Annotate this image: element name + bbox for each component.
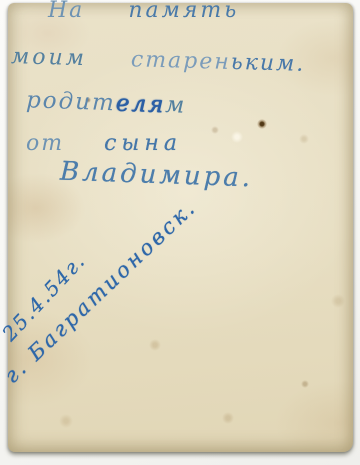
inscription-line-2: моимстареньким. bbox=[11, 45, 306, 77]
inscription-word: сына bbox=[104, 131, 182, 156]
inscription-word: память bbox=[128, 0, 239, 23]
inscription-line-4: отсына bbox=[26, 132, 182, 156]
scanner-background: Напамять моимстареньким. родителям отсын… bbox=[0, 0, 360, 465]
inscription-word: м bbox=[165, 92, 187, 119]
inscription-word: от bbox=[26, 131, 64, 156]
photo-back-card: Напамять моимстареньким. родителям отсын… bbox=[8, 3, 353, 452]
inscription-word: моим bbox=[11, 44, 88, 71]
inscription-word-overwritten: еля bbox=[115, 90, 165, 118]
inscription-line-1: Напамять bbox=[48, 0, 239, 23]
inscription-line-5-name: Владимира. bbox=[60, 158, 254, 193]
inscription-word: ьким. bbox=[230, 50, 305, 77]
inscription-line-3: родителям bbox=[26, 88, 187, 119]
inscription-word: старен bbox=[131, 47, 232, 75]
inscription-word: родит bbox=[26, 87, 117, 116]
inscription-word: На bbox=[48, 0, 84, 23]
